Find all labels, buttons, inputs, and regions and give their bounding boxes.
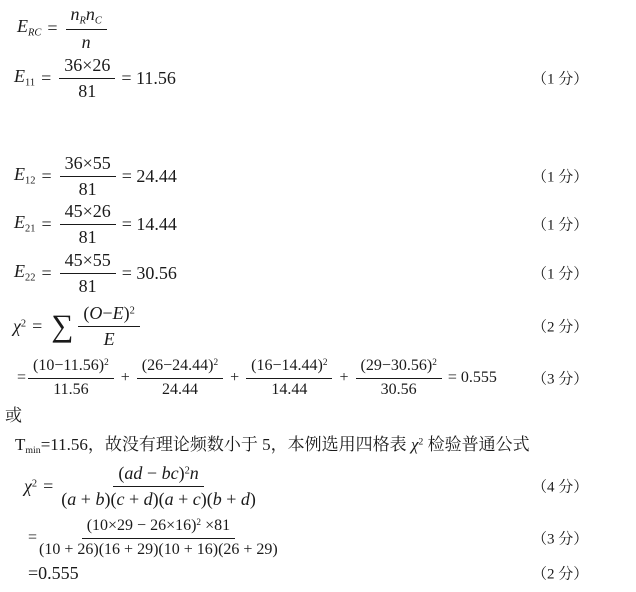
formula-row-fourfold: χ2 = (ad − bc)2n (a + b)(c + d)(a + c)(b… [0,458,636,514]
score-label: （1 分） [532,263,588,284]
equals-sign: = [41,214,51,235]
numerator: 36×26 [59,55,115,79]
score-label: （3 分） [532,528,588,549]
formula-row-chisquare-sum: χ2 = ∑ (O−E)2 E （2 分） [0,299,636,353]
equals-sign: = [28,529,37,547]
denominator: 14.44 [271,379,307,399]
denominator: n [82,30,91,53]
e21-lhs: E21 [14,212,35,235]
numerator: (10−11.56)2 [28,357,114,378]
equation-e11: E11 = 36×26 81 = 11.56 [14,55,176,101]
fraction-term-4: (29−30.56)2 30.56 [356,357,442,399]
formula-row-final: =0.555 （2 分） [0,562,636,584]
denominator: 81 [78,79,96,102]
chi-squared-lhs: χ2 [13,316,26,337]
or-row: 或 [0,401,636,425]
score-label: （2 分） [532,316,588,337]
denominator: 11.56 [53,379,88,399]
equals-sign: = [41,166,51,187]
fraction-term-3: (16−14.44)2 14.44 [246,357,332,399]
equation-e12: E12 = 36×55 81 = 24.44 [14,153,177,199]
equation-chisquare-sum: χ2 = ∑ (O−E)2 E [13,303,142,349]
fraction-fourfold: (ad − bc)2n (a + b)(c + d)(a + c)(b + d) [61,463,256,509]
numerator: (29−30.56)2 [356,357,442,378]
denominator: 81 [79,274,97,297]
numerator: (26−24.44)2 [137,357,223,378]
equals-sign: = [47,18,57,39]
e11-lhs: E11 [14,66,35,89]
fraction-erc: nRnC n [66,4,107,53]
denominator: 81 [79,177,97,200]
fraction-oe: (O−E)2 E [78,303,139,349]
formula-row-substituted: = (10×29 − 26×16)2 ×81 (10 + 26)(16 + 29… [0,514,636,562]
fraction-e11: 36×26 81 [59,55,115,101]
formula-row-e22: E22 = 45×55 81 = 30.56 （1 分） [0,247,636,299]
numerator: (ad − bc)2n [113,463,203,487]
equation-e21: E21 = 45×26 81 = 14.44 [14,201,177,247]
numerator: 45×26 [60,201,116,225]
equals-sign: = [43,476,53,497]
erc-lhs: ERC [17,16,41,39]
denominator: 30.56 [381,379,417,399]
or-text: 或 [5,401,22,426]
score-label: （1 分） [532,214,588,235]
equation-substituted: = (10×29 − 26×16)2 ×81 (10 + 26)(16 + 29… [28,517,280,559]
equation-erc: ERC = nRnC n [17,4,109,53]
result-value: = 0.555 [448,369,497,387]
equation-expanded-sum: = (10−11.56)2 11.56 + (26−24.44)2 24.44 … [17,357,497,399]
score-label: （3 分） [532,368,588,389]
score-label: （1 分） [532,68,588,89]
numerator: 45×55 [60,250,116,274]
formula-row-e21: E21 = 45×26 81 = 14.44 （1 分） [0,199,636,249]
fraction-e21: 45×26 81 [60,201,116,247]
final-result: =0.555 [28,563,79,584]
score-label: （4 分） [532,476,588,497]
denominator: E [104,327,115,350]
formula-row-e11: E11 = 36×26 81 = 11.56 （1 分） [0,52,636,104]
plus-sign: + [339,369,348,387]
score-label: （2 分） [532,563,588,584]
equals-sign: = [41,68,51,89]
formula-row-e12: E12 = 36×55 81 = 24.44 （1 分） [0,151,636,201]
denominator: 81 [79,225,97,248]
equals-sign: = [41,263,51,284]
chi-squared-lhs: χ2 [24,476,37,497]
equals-sign: = [17,369,26,387]
equation-fourfold: χ2 = (ad − bc)2n (a + b)(c + d)(a + c)(b… [24,463,258,509]
fraction-e12: 36×55 81 [60,153,116,199]
document-page: ERC = nRnC n E11 = 36×26 81 = 11.56 （1 分… [0,0,636,592]
fraction-substituted: (10×29 − 26×16)2 ×81 (10 + 26)(16 + 29)(… [39,517,278,559]
numerator: nRnC [66,4,107,30]
denominator: 24.44 [162,379,198,399]
equals-sign: = [32,316,42,337]
numerator: (10×29 − 26×16)2 ×81 [82,517,235,538]
result-value: = 11.56 [121,68,175,89]
e12-lhs: E12 [14,164,35,187]
numerator: 36×55 [60,153,116,177]
fraction-term-1: (10−11.56)2 11.56 [28,357,114,399]
fraction-term-2: (26−24.44)2 24.44 [137,357,223,399]
fraction-e22: 45×55 81 [60,250,116,296]
formula-row-erc: ERC = nRnC n [0,4,636,52]
plus-sign: + [230,369,239,387]
numerator: (16−14.44)2 [246,357,332,378]
denominator: (a + b)(c + d)(a + c)(b + d) [61,487,256,510]
plus-sign: + [121,369,130,387]
equation-e22: E22 = 45×55 81 = 30.56 [14,250,177,296]
score-label: （1 分） [532,166,588,187]
tmin-statement: Tmin=11.56，故没有理论频数小于 5，本例选用四格表 χ2 检验普通公式 [15,430,530,456]
tmin-row: Tmin=11.56，故没有理论频数小于 5，本例选用四格表 χ2 检验普通公式 [0,430,636,456]
result-value: = 14.44 [122,214,177,235]
denominator: (10 + 26)(16 + 29)(10 + 16)(26 + 29) [39,539,278,559]
formula-row-expanded-sum: = (10−11.56)2 11.56 + (26−24.44)2 24.44 … [0,353,636,403]
equation-final: =0.555 [28,563,79,584]
result-value: = 30.56 [122,263,177,284]
result-value: = 24.44 [122,166,177,187]
e22-lhs: E22 [14,261,35,284]
summation-symbol: ∑ [51,312,73,340]
numerator: (O−E)2 [78,303,139,327]
